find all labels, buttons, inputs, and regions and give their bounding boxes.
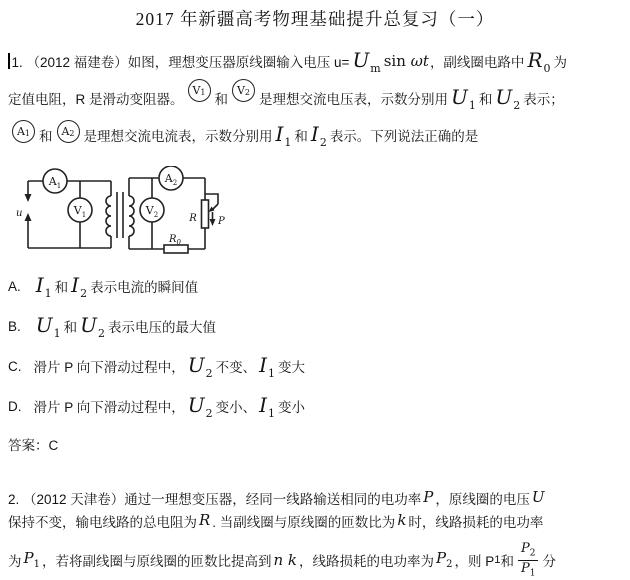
q1-line2-and1: 和: [215, 88, 229, 108]
slider-wire: [213, 204, 218, 209]
source-arrow-up-icon: [25, 213, 32, 221]
var-base: U: [188, 393, 205, 417]
q1-line1-t3: 为: [554, 51, 568, 71]
formula-sin-omega-t: sin ωt: [384, 52, 429, 70]
q2-line2-t2: . 当副线圈与原线圈的匝数比为: [212, 511, 395, 531]
fraction-numerator: P2: [518, 541, 538, 561]
var-sub: 2: [80, 287, 87, 300]
option-c: C. 滑片 P 向下滑动过程中， U2 不变、 I1 变大: [8, 346, 626, 386]
var-sub: 1: [469, 99, 476, 112]
var-base: P: [521, 561, 530, 576]
meter-sub: 2: [245, 89, 250, 97]
option-d: D. 滑片 P 向下滑动过程中， U2 变小、 I1 变小: [8, 386, 626, 426]
q2-line3-t2: ，若将副线圈与原线圈的匝数比提高到: [42, 550, 272, 570]
var-base: P: [436, 549, 446, 567]
var-U2: U2: [80, 315, 105, 339]
slider-p-label: P: [217, 216, 225, 227]
q2-line3: 为 P1 ，若将副线圈与原线圈的匝数比提高到 n k ，线路损耗的电功率为 P2…: [8, 536, 626, 580]
voltmeter-v2-icon: V2: [232, 79, 255, 102]
var-base: P: [24, 549, 34, 567]
q1-line3-t1: 是理想交流电流表，示数分别用: [84, 125, 273, 145]
question-1-text: 1. （2012 福建卷）如图，理想变压器原线圈输入电压 u= Um sin ω…: [8, 42, 626, 153]
var-sub: 1: [34, 559, 40, 570]
var-base: U: [495, 85, 512, 109]
q2-line3-t3: ，线路损耗的电功率为: [299, 550, 434, 570]
option-d-t3: 变小: [278, 396, 305, 416]
var-P1: P1: [24, 551, 40, 570]
var-base: P: [521, 541, 530, 556]
fraction-denominator: P1: [521, 561, 535, 580]
q2-line3-t5: 和: [501, 550, 515, 570]
var-sub: 2: [513, 99, 520, 112]
var-sub: 2: [206, 407, 213, 420]
rheostat-r-label: R: [188, 213, 197, 224]
var-base: I: [311, 122, 319, 146]
fraction-p2-over-p1: P2 P1: [518, 541, 538, 580]
q1-line3-and2: 和: [294, 125, 308, 145]
page-title: 2017 年新疆高考物理基础提升总复习（一）: [0, 6, 630, 31]
source-u-label: u: [16, 208, 22, 219]
var-I2: I2: [311, 124, 327, 148]
meter-sub: 1: [200, 89, 205, 97]
answer-line: 答案：C: [8, 426, 626, 462]
voltmeter-v1-icon: V1: [188, 79, 211, 102]
var-sub: 1: [268, 407, 275, 420]
q1-line2-t2: 是理想交流电压表，示数分别用: [259, 88, 448, 108]
option-d-t1: 滑片 P 向下滑动过程中，: [34, 396, 185, 416]
q2-line2: 保持不变，输电线路的总电阻为 R . 当副线圈与原线圈的匝数比为 k 时，线路损…: [8, 509, 626, 532]
option-b: B. U1 和 U2 表示电压的最大值: [8, 306, 626, 346]
var-base: U: [80, 313, 97, 337]
var-base: R: [527, 48, 542, 72]
meter-sub: 1: [25, 130, 30, 138]
var-Um: Um: [352, 50, 380, 74]
var-sub: 0: [177, 239, 182, 247]
var-U1: U1: [451, 87, 476, 111]
meter-letter: A: [17, 126, 25, 137]
omega-t: ωt: [411, 52, 429, 70]
question-2-text: 2. （2012 天津卷）通过一理想变压器，经同一线路输送相同的电功率 P ，原…: [8, 486, 626, 580]
var-P2: P2: [436, 551, 452, 570]
q2-line3-t1: 为: [8, 550, 22, 570]
secondary-coil: [129, 196, 134, 236]
meter-sub: 2: [69, 130, 74, 138]
q2-line2-t1: 保持不变，输电线路的总电阻为: [8, 511, 197, 531]
var-sub: 0: [544, 62, 551, 75]
var-base: I: [36, 273, 44, 297]
q2-line1-t1: 2. （2012 天津卷）通过一理想变压器，经同一线路输送相同的电功率: [8, 488, 421, 508]
q2-line3-t4: ，则 P: [454, 550, 494, 570]
var-R0: R0: [527, 50, 550, 74]
q1-line2-and2: 和: [479, 88, 493, 108]
var-k: k: [397, 513, 406, 528]
var-I2: I2: [71, 275, 87, 299]
q1-line3-t2: 表示。下列说法正确的是: [330, 125, 479, 145]
q1-line2: 定值电阻，R 是滑动变阻器。 V1 和 V2 是理想交流电压表，示数分别用 U1…: [8, 79, 626, 116]
var-I1: I1: [259, 395, 275, 419]
var-U: U: [532, 490, 545, 505]
var-sub: 2: [206, 367, 213, 380]
var-sub: 1: [268, 367, 275, 380]
var-I1: I1: [276, 124, 292, 148]
option-c-t1: 滑片 P 向下滑动过程中，: [34, 356, 185, 376]
sin-text: sin: [384, 52, 411, 70]
q2-line2-t3: 时，线路损耗的电功率: [408, 511, 543, 531]
meter-letter: V: [237, 85, 245, 96]
option-b-and: 和: [64, 316, 78, 336]
q2-line1-t2: ，原线圈的电压: [435, 488, 530, 508]
options-list: A. I1 和 I2 表示电流的瞬间值 B. U1 和 U2 表示电压的最大值 …: [8, 266, 626, 462]
option-d-label: D.: [8, 399, 22, 414]
var-sub: 1: [45, 287, 52, 300]
var-base: I: [276, 122, 284, 146]
q1-line3-and1: 和: [39, 125, 53, 145]
option-c-t3: 变大: [278, 356, 305, 376]
text-cursor: [8, 53, 10, 69]
circuit-diagram: A1 V1 A2 V2 u R P R0: [8, 166, 236, 266]
answer-text: 答案：C: [8, 434, 58, 454]
var-sub: 1: [54, 327, 61, 340]
meter-sub: 1: [82, 211, 86, 219]
option-a: A. I1 和 I2 表示电流的瞬间值: [8, 266, 626, 306]
option-b-label: B.: [8, 319, 21, 334]
option-b-text: 表示电压的最大值: [108, 316, 216, 336]
var-I1: I1: [36, 275, 52, 299]
var-sub: 2: [530, 548, 536, 558]
var-base: U: [188, 353, 205, 377]
meter-sub: 1: [57, 182, 61, 190]
option-d-t2: 变小、: [216, 396, 257, 416]
primary-coil: [106, 196, 111, 236]
var-sub: 2: [446, 559, 452, 570]
q1-line2-t1: 定值电阻，R 是滑动变阻器。: [8, 88, 184, 108]
slider-direction-arrow-head: [210, 219, 216, 226]
q1-line2-t3: 表示；: [523, 88, 564, 108]
meter-letter: V: [192, 85, 200, 96]
var-I1: I1: [259, 355, 275, 379]
var-P: P: [423, 490, 433, 505]
var-sub: m: [370, 62, 380, 75]
q2-line1: 2. （2012 天津卷）通过一理想变压器，经同一线路输送相同的电功率 P ，原…: [8, 486, 626, 509]
var-base: I: [259, 393, 267, 417]
option-a-text: 表示电流的瞬间值: [90, 276, 198, 296]
rheostat-body: [202, 200, 209, 228]
var-U2: U2: [188, 355, 213, 379]
var-base: U: [451, 85, 468, 109]
var-sub: 1: [530, 568, 536, 578]
var-sub: 1: [284, 136, 291, 149]
ammeter-a2-icon: A2: [57, 120, 80, 143]
source-arrow-down-icon: [25, 194, 32, 202]
q1-line1: 1. （2012 福建卷）如图，理想变压器原线圈输入电压 u= Um sin ω…: [8, 42, 626, 79]
var-R: R: [199, 513, 210, 528]
option-c-t2: 不变、: [216, 356, 257, 376]
var-nk: n k: [273, 553, 297, 568]
var-sub: 2: [320, 136, 327, 149]
var-base: U: [352, 48, 369, 72]
q1-line3: A1 和 A2 是理想交流电流表，示数分别用 I1 和 I2 表示。下列说法正确…: [8, 116, 626, 153]
transformer-core: [117, 192, 123, 238]
q1-line1-t1: 1. （2012 福建卷）如图，理想变压器原线圈输入电压 u=: [12, 51, 350, 71]
meter-sub: 2: [173, 179, 177, 187]
var-base: I: [259, 353, 267, 377]
var-U1: U1: [36, 315, 61, 339]
ammeter-a1-icon: A1: [12, 120, 35, 143]
meter-letter: A: [61, 126, 69, 137]
q1-line1-t2: ，副线圈电路中: [430, 51, 525, 71]
var-sub: 2: [98, 327, 105, 340]
var-base: U: [36, 313, 53, 337]
resistor-r0-label: R0: [168, 234, 182, 247]
var-U2: U2: [495, 87, 520, 111]
var-base: I: [71, 273, 79, 297]
option-c-label: C.: [8, 359, 22, 374]
meter-sub: 2: [154, 211, 158, 219]
option-a-and: 和: [55, 276, 69, 296]
q2-line3-t6: 分: [542, 550, 556, 570]
var-U2: U2: [188, 395, 213, 419]
option-a-label: A.: [8, 279, 21, 294]
